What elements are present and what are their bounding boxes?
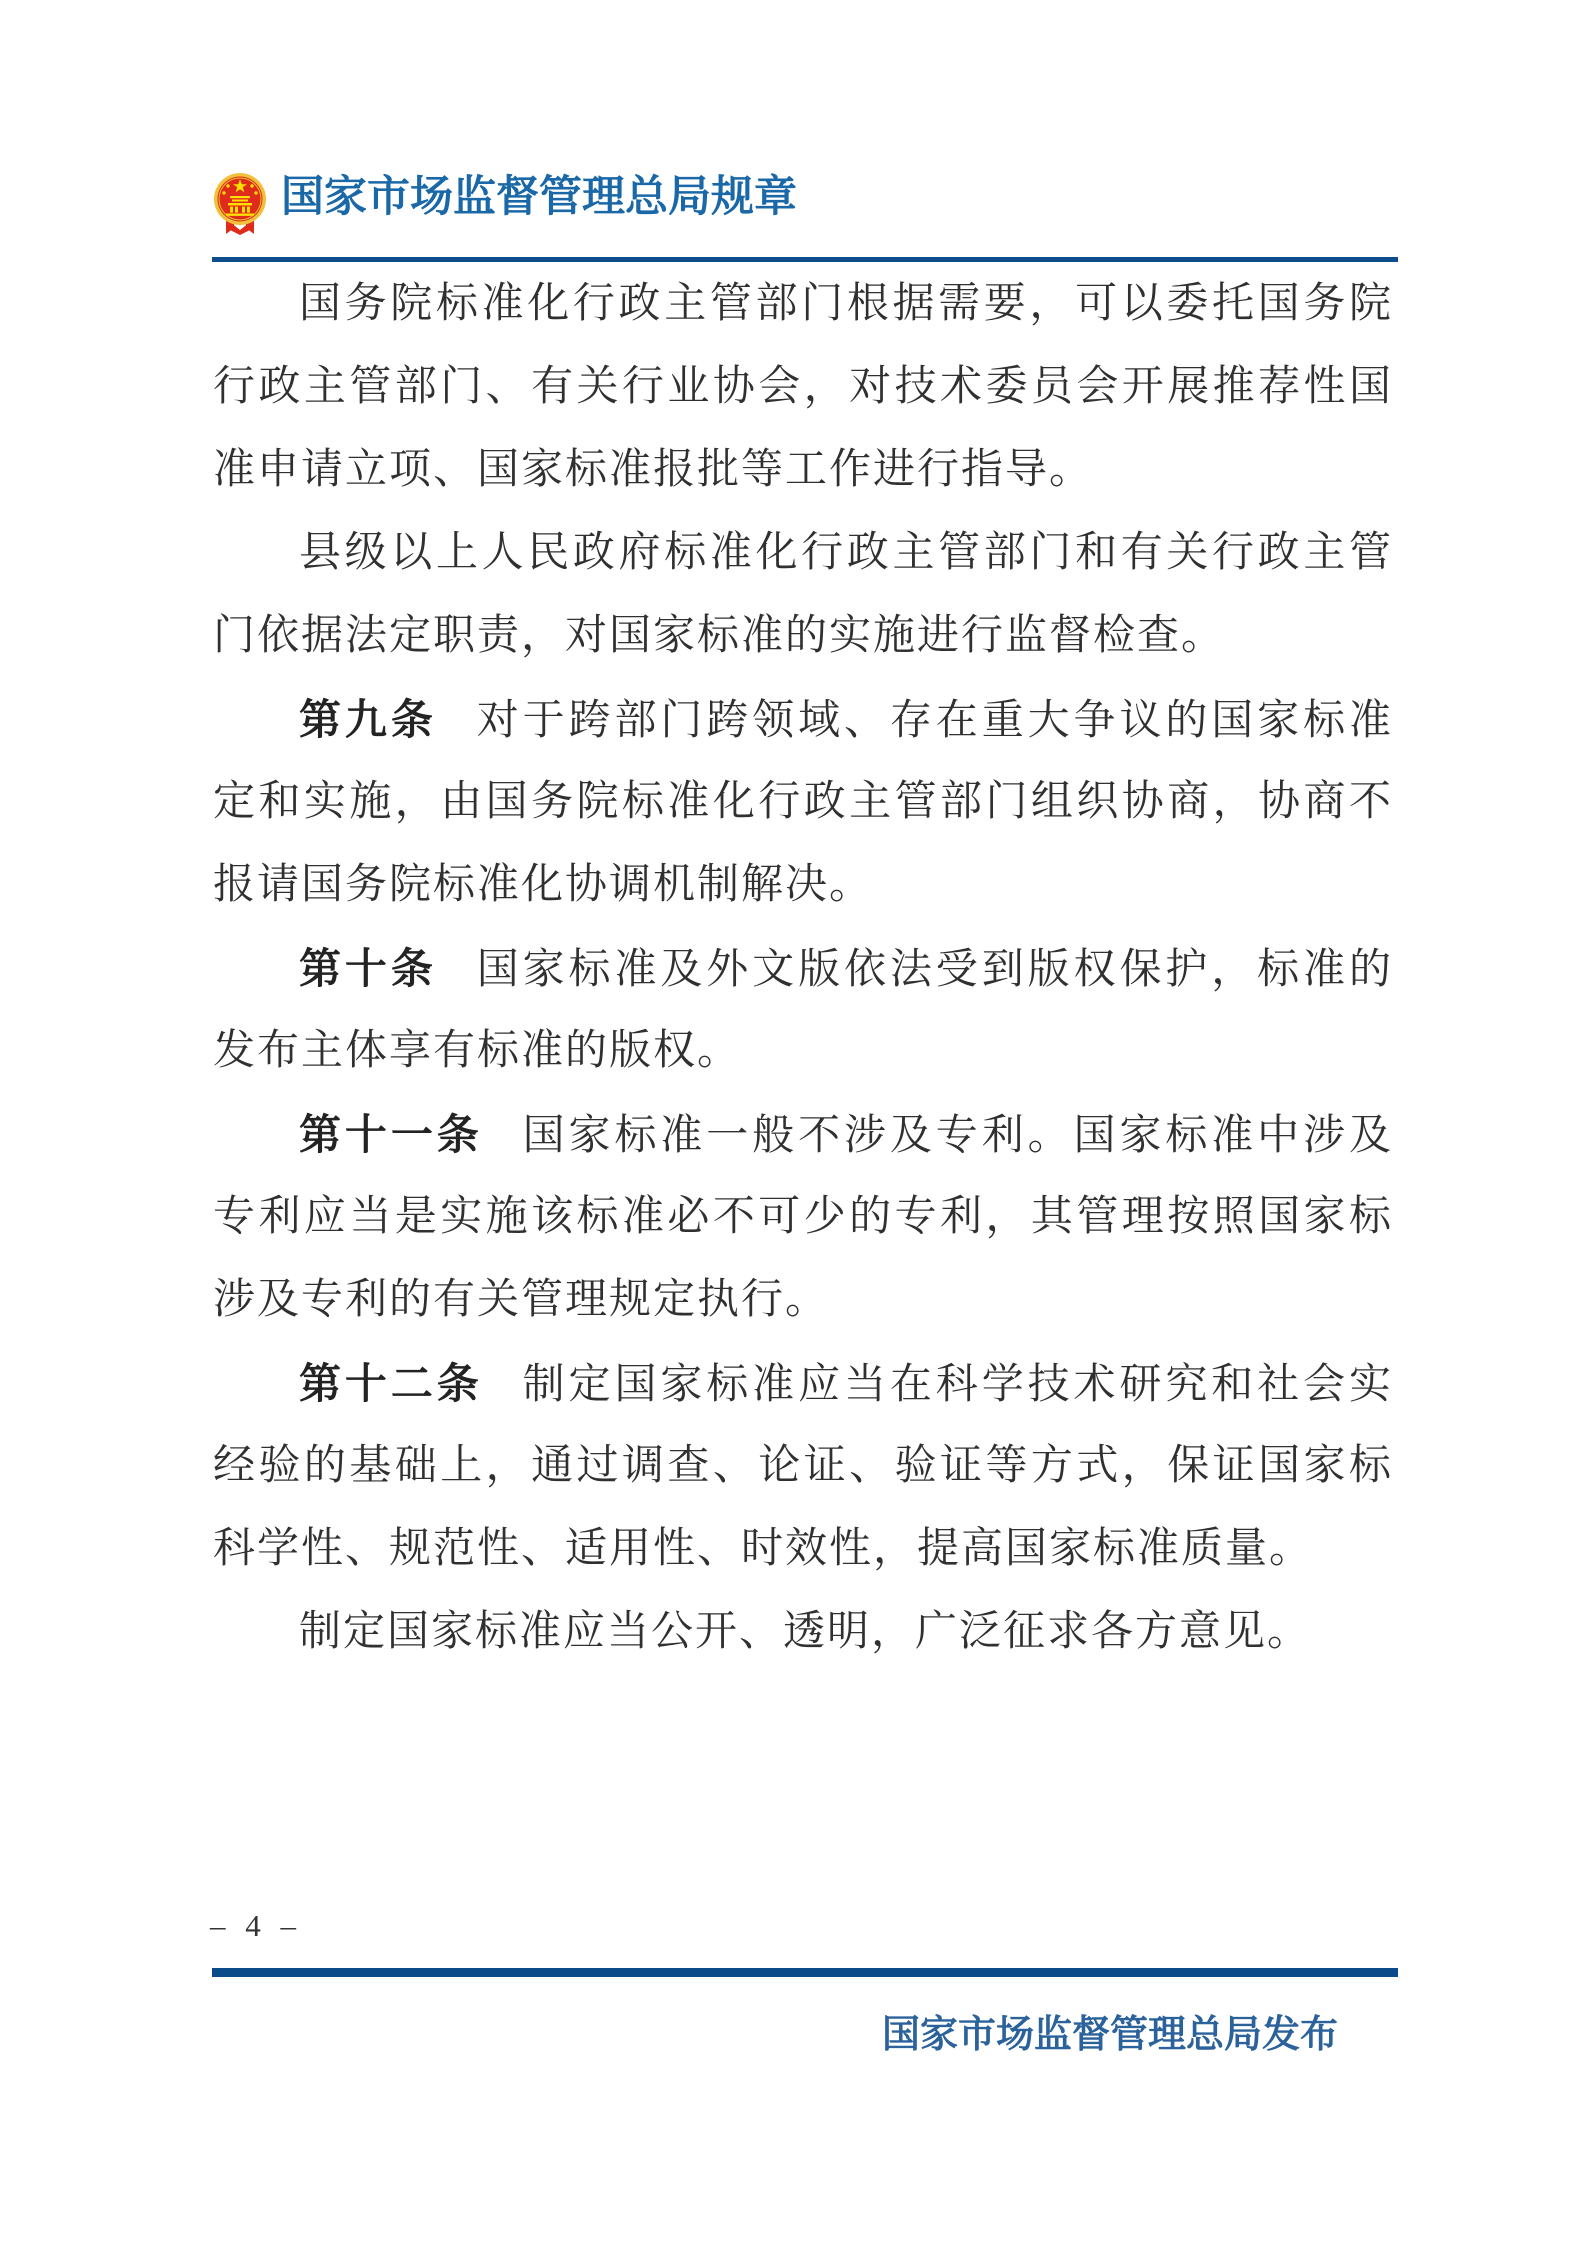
body-line: 第十一条国家标准一般不涉及专利。国家标准中涉及的	[213, 1093, 1393, 1176]
body-line: 第十条国家标准及外文版依法受到版权保护，标准的批准	[213, 927, 1393, 1010]
body-line: 涉及专利的有关管理规定执行。	[213, 1259, 1393, 1342]
emblem-gate-roof	[230, 196, 250, 198]
article-number: 第十条	[299, 945, 437, 992]
body-line: 科学性、规范性、适用性、时效性，提高国家标准质量。	[213, 1508, 1393, 1591]
body-line: 定和实施，由国务院标准化行政主管部门组织协商，协商不成的	[213, 761, 1393, 844]
page-number: – 4 –	[210, 1905, 298, 1947]
body-line: 行政主管部门、有关行业协会，对技术委员会开展推荐性国家标	[213, 346, 1393, 429]
body-line: 第九条对于跨部门跨领域、存在重大争议的国家标准的制	[213, 678, 1393, 761]
header-rule	[212, 257, 1398, 262]
footer-rule	[212, 1968, 1398, 1977]
footer-publisher: 国家市场监督管理总局发布	[882, 2012, 1338, 2058]
article-number: 第九条	[299, 696, 437, 743]
document-page: 国家市场监督管理总局规章 国务院标准化行政主管部门根据需要，可以委托国务院有关行…	[0, 0, 1587, 2245]
article-number: 第十二条	[299, 1360, 483, 1407]
body-line: 国务院标准化行政主管部门根据需要，可以委托国务院有关	[213, 263, 1393, 346]
article-number: 第十一条	[299, 1111, 483, 1158]
header-title: 国家市场监督管理总局规章	[281, 176, 797, 224]
document-body: 国务院标准化行政主管部门根据需要，可以委托国务院有关行政主管部门、有关行业协会，…	[213, 263, 1393, 1674]
body-line: 发布主体享有标准的版权。	[213, 1010, 1393, 1093]
body-line: 制定国家标准应当公开、透明，广泛征求各方意见。	[213, 1591, 1393, 1674]
national-emblem-icon	[213, 172, 267, 236]
body-line: 第十二条制定国家标准应当在科学技术研究和社会实践	[213, 1342, 1393, 1425]
body-line: 县级以上人民政府标准化行政主管部门和有关行政主管部	[213, 512, 1393, 595]
body-line: 经验的基础上，通过调查、论证、验证等方式，保证国家标准的	[213, 1425, 1393, 1508]
body-line: 专利应当是实施该标准必不可少的专利，其管理按照国家标准	[213, 1176, 1393, 1259]
body-line: 门依据法定职责，对国家标准的实施进行监督检查。	[213, 595, 1393, 678]
body-line: 报请国务院标准化协调机制解决。	[213, 844, 1393, 927]
body-line: 准申请立项、国家标准报批等工作进行指导。	[213, 429, 1393, 512]
